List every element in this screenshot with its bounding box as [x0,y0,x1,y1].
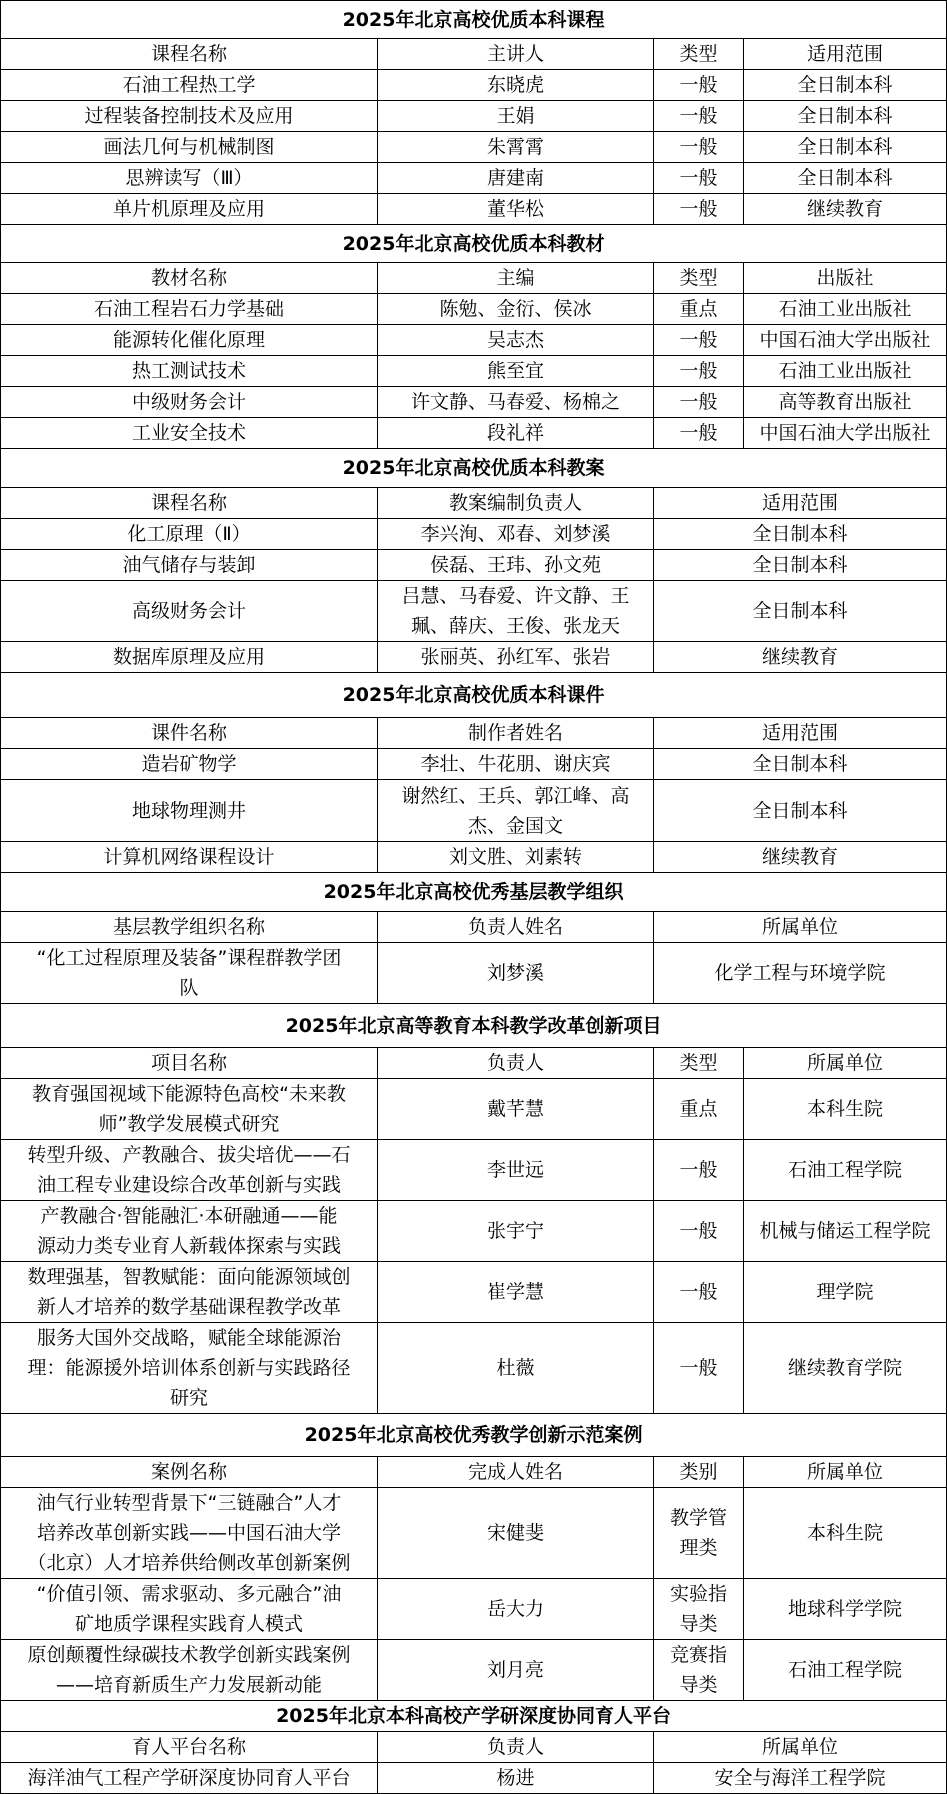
cell-text-line: 中国石油大学出版社 [746,418,944,448]
cell-text-line: 思辨读写（Ⅲ） [3,163,375,193]
table-cell: 实验指导类 [654,1579,744,1640]
table-row: 热工测试技术熊至宜一般石油工业出版社 [1,356,947,387]
table-row: 油气行业转型背景下“三链融合”人才培养改革创新实践——中国石油大学（北京）人才培… [1,1488,947,1579]
cell-text-line: 吴志杰 [380,325,651,355]
cell-text-line: 画法几何与机械制图 [3,132,375,162]
section-title-row: 2025年北京高校优质本科教案 [1,449,947,488]
table-row: 产教融合·智能融汇·本研融通——能源动力类专业育人新载体探索与实践张宇宁一般机械… [1,1201,947,1262]
table-cell: 画法几何与机械制图 [1,132,378,163]
column-header-row: 案例名称完成人姓名类别所属单位 [1,1457,947,1488]
section-title: 2025年北京本科高校产学研深度协同育人平台 [1,1701,947,1732]
table-cell: 一般 [654,194,744,225]
table-cell: 产教融合·智能融汇·本研融通——能源动力类专业育人新载体探索与实践 [1,1201,378,1262]
column-header-row: 课程名称教案编制负责人适用范围 [1,488,947,519]
table-cell: 石油工程岩石力学基础 [1,294,378,325]
cell-text-line: 刘月亮 [380,1655,651,1685]
table-cell: 张丽英、孙红军、张岩 [378,642,654,673]
table-cell: 原创颠覆性绿碳技术教学创新实践案例——培育新质生产力发展新动能 [1,1640,378,1701]
cell-text-line: 谢然红、王兵、郭江峰、高 [380,781,651,811]
column-header-row: 项目名称负责人类型所属单位 [1,1048,947,1079]
table-row: 教育强国视域下能源特色高校“未来教师”教学发展模式研究戴芊慧重点本科生院 [1,1079,947,1140]
cell-text-line: 导类 [656,1670,741,1700]
cell-text-line: 熊至宜 [380,356,651,386]
column-header: 负责人姓名 [378,912,654,943]
cell-text-line: 地球科学学院 [746,1594,944,1624]
cell-text-line: 理：能源援外培训体系创新与实践路径 [3,1353,375,1383]
cell-text-line: 全日制本科 [746,163,944,193]
cell-text-line: 李壮、牛花朋、谢庆宾 [380,749,651,779]
table-cell: 教学管理类 [654,1488,744,1579]
cell-text-line: 新人才培养的数学基础课程教学改革 [3,1292,375,1322]
table-cell: 全日制本科 [744,132,947,163]
cell-text-line: 朱霄霄 [380,132,651,162]
table-row: 油气储存与装卸侯磊、王玮、孙文苑全日制本科 [1,550,947,581]
table-cell: 李壮、牛花朋、谢庆宾 [378,749,654,780]
section-title-row: 2025年北京高校优秀基层教学组织 [1,873,947,912]
cell-text-line: 全日制本科 [746,101,944,131]
cell-text-line: “化工过程原理及装备”课程群教学团 [3,943,375,973]
table-cell: 刘月亮 [378,1640,654,1701]
column-header: 课程名称 [1,488,378,519]
section-title: 2025年北京高等教育本科教学改革创新项目 [1,1004,947,1048]
table-cell: 石油工业出版社 [744,356,947,387]
table-cell: 一般 [654,356,744,387]
cell-text-line: 石油工程岩石力学基础 [3,294,375,324]
table-cell: 本科生院 [744,1488,947,1579]
column-header-row: 基层教学组织名称负责人姓名所属单位 [1,912,947,943]
table-row: 思辨读写（Ⅲ）唐建南一般全日制本科 [1,163,947,194]
table-row: “价值引领、需求驱动、多元融合”油矿地质学课程实践育人模式岳大力实验指导类地球科… [1,1579,947,1640]
section-title: 2025年北京高校优质本科课件 [1,673,947,718]
cell-text-line: 一般 [656,163,741,193]
cell-text-line: 全日制本科 [656,519,944,549]
column-header-row: 教材名称主编类型出版社 [1,263,947,294]
cell-text-line: 一般 [656,1353,741,1383]
section-title-row: 2025年北京高校优秀教学创新示范案例 [1,1414,947,1457]
table-cell: 中国石油大学出版社 [744,325,947,356]
cell-text-line: 继续教育 [746,194,944,224]
table-cell: 服务大国外交战略，赋能全球能源治理：能源援外培训体系创新与实践路径研究 [1,1323,378,1414]
table-cell: 高等教育出版社 [744,387,947,418]
table-cell: 能源转化催化原理 [1,325,378,356]
table-cell: 王娟 [378,101,654,132]
column-header: 项目名称 [1,1048,378,1079]
table-cell: 董华松 [378,194,654,225]
table-cell: 理学院 [744,1262,947,1323]
table-cell: 朱霄霄 [378,132,654,163]
table-cell: 教育强国视域下能源特色高校“未来教师”教学发展模式研究 [1,1079,378,1140]
column-header: 适用范围 [744,39,947,70]
table-cell: 一般 [654,387,744,418]
table-cell: 全日制本科 [654,519,947,550]
table-cell: 谢然红、王兵、郭江峰、高杰、金国文 [378,780,654,842]
cell-text-line: 全日制本科 [656,550,944,580]
cell-text-line: 教育强国视域下能源特色高校“未来教 [3,1079,375,1109]
column-header: 育人平台名称 [1,1732,378,1763]
cell-text-line: 刘文胜、刘素转 [380,842,651,872]
table-cell: 东晓虎 [378,70,654,101]
table-cell: 继续教育 [654,842,947,873]
cell-text-line: 师”教学发展模式研究 [3,1109,375,1139]
cell-text-line: 东晓虎 [380,70,651,100]
cell-text-line: 重点 [656,294,741,324]
table-cell: 思辨读写（Ⅲ） [1,163,378,194]
column-header: 教材名称 [1,263,378,294]
table-cell: 唐建南 [378,163,654,194]
cell-text-line: 王娟 [380,101,651,131]
cell-text-line: 张宇宁 [380,1216,651,1246]
column-header: 课程名称 [1,39,378,70]
table-row: 石油工程热工学东晓虎一般全日制本科 [1,70,947,101]
cell-text-line: （北京）人才培养供给侧改革创新案例 [3,1548,375,1578]
cell-text-line: 杰、金国文 [380,811,651,841]
table-cell: 石油工程学院 [744,1640,947,1701]
cell-text-line: 教学管 [656,1503,741,1533]
cell-text-line: 一般 [656,1216,741,1246]
column-header: 适用范围 [654,488,947,519]
cell-text-line: 张丽英、孙红军、张岩 [380,642,651,672]
table-cell: 全日制本科 [654,581,947,642]
column-header: 类型 [654,263,744,294]
table-cell: 机械与储运工程学院 [744,1201,947,1262]
table-cell: 热工测试技术 [1,356,378,387]
table-cell: 重点 [654,1079,744,1140]
table-cell: 吕慧、马春爱、许文静、王珮、薛庆、王俊、张龙天 [378,581,654,642]
column-header-row: 课件名称制作者姓名适用范围 [1,718,947,749]
column-header: 负责人 [378,1048,654,1079]
table-row: 数据库原理及应用张丽英、孙红军、张岩继续教育 [1,642,947,673]
cell-text-line: 一般 [656,194,741,224]
cell-text-line: 油工程专业建设综合改革创新与实践 [3,1170,375,1200]
table-cell: 油气行业转型背景下“三链融合”人才培养改革创新实践——中国石油大学（北京）人才培… [1,1488,378,1579]
table-cell: 陈勉、金衍、侯冰 [378,294,654,325]
table-row: 石油工程岩石力学基础陈勉、金衍、侯冰重点石油工业出版社 [1,294,947,325]
table-cell: 数理强基，智教赋能：面向能源领域创新人才培养的数学基础课程教学改革 [1,1262,378,1323]
table-cell: 工业安全技术 [1,418,378,449]
cell-text-line: 造岩矿物学 [3,749,375,779]
cell-text-line: 崔学慧 [380,1277,651,1307]
table-cell: 地球物理测井 [1,780,378,842]
table-cell: 全日制本科 [744,70,947,101]
cell-text-line: 理类 [656,1533,741,1563]
cell-text-line: 一般 [656,1277,741,1307]
cell-text-line: 源动力类专业育人新载体探索与实践 [3,1231,375,1261]
table-cell: 李世远 [378,1140,654,1201]
cell-text-line: 陈勉、金衍、侯冰 [380,294,651,324]
cell-text-line: 矿地质学课程实践育人模式 [3,1609,375,1639]
column-header-row: 课程名称主讲人类型适用范围 [1,39,947,70]
table-cell: 一般 [654,1140,744,1201]
table-cell: 李兴洵、邓春、刘梦溪 [378,519,654,550]
table-cell: 石油工程学院 [744,1140,947,1201]
column-header: 所属单位 [654,912,947,943]
table-cell: 崔学慧 [378,1262,654,1323]
cell-text-line: 一般 [656,356,741,386]
section-title: 2025年北京高校优秀基层教学组织 [1,873,947,912]
column-header: 所属单位 [744,1457,947,1488]
table-cell: 宋健斐 [378,1488,654,1579]
cell-text-line: 化工原理（Ⅱ） [3,519,375,549]
cell-text-line: 全日制本科 [656,596,944,626]
column-header: 课件名称 [1,718,378,749]
table-row: 能源转化催化原理吴志杰一般中国石油大学出版社 [1,325,947,356]
table-cell: 继续教育学院 [744,1323,947,1414]
cell-text-line: 转型升级、产教融合、拔尖培优——石 [3,1140,375,1170]
table-cell: 化工原理（Ⅱ） [1,519,378,550]
cell-text-line: 数据库原理及应用 [3,642,375,672]
cell-text-line: 全日制本科 [746,70,944,100]
column-header: 类型 [654,39,744,70]
section-title-row: 2025年北京高校优质本科教材 [1,225,947,263]
table-cell: 石油工程热工学 [1,70,378,101]
table-row: 过程装备控制技术及应用王娟一般全日制本科 [1,101,947,132]
column-header: 所属单位 [654,1732,947,1763]
table-row: 工业安全技术段礼祥一般中国石油大学出版社 [1,418,947,449]
cell-text-line: 吕慧、马春爱、许文静、王 [380,581,651,611]
column-header: 适用范围 [654,718,947,749]
cell-text-line: ——培育新质生产力发展新动能 [3,1670,375,1700]
cell-text-line: 刘梦溪 [380,958,651,988]
table-cell: 一般 [654,70,744,101]
cell-text-line: 地球物理测井 [3,796,375,826]
section-title: 2025年北京高校优质本科教案 [1,449,947,488]
table-cell: 石油工业出版社 [744,294,947,325]
cell-text-line: 石油工程热工学 [3,70,375,100]
section-title-row: 2025年北京高校优质本科课件 [1,673,947,718]
cell-text-line: 继续教育学院 [746,1353,944,1383]
table-cell: 继续教育 [744,194,947,225]
cell-text-line: 李兴洵、邓春、刘梦溪 [380,519,651,549]
cell-text-line: 工业安全技术 [3,418,375,448]
cell-text-line: 中国石油大学出版社 [746,325,944,355]
table-cell: 一般 [654,101,744,132]
table-cell: 一般 [654,325,744,356]
cell-text-line: 中级财务会计 [3,387,375,417]
column-header-row: 育人平台名称负责人所属单位 [1,1732,947,1763]
cell-text-line: 石油工业出版社 [746,294,944,324]
column-header: 完成人姓名 [378,1457,654,1488]
column-header: 类别 [654,1457,744,1488]
cell-text-line: 本科生院 [746,1518,944,1548]
table-cell: 吴志杰 [378,325,654,356]
table-cell: 过程装备控制技术及应用 [1,101,378,132]
cell-text-line: 研究 [3,1383,375,1413]
cell-text-line: 重点 [656,1094,741,1124]
table-cell: 段礼祥 [378,418,654,449]
column-header: 基层教学组织名称 [1,912,378,943]
table-cell: 一般 [654,1323,744,1414]
table-cell: 一般 [654,163,744,194]
table-cell: 全日制本科 [654,749,947,780]
table-cell: 中国石油大学出版社 [744,418,947,449]
column-header: 案例名称 [1,1457,378,1488]
section-title: 2025年北京高校优质本科教材 [1,225,947,263]
cell-text-line: 宋健斐 [380,1518,651,1548]
cell-text-line: 珮、薛庆、王俊、张龙天 [380,611,651,641]
cell-text-line: 石油工业出版社 [746,356,944,386]
cell-text-line: 一般 [656,70,741,100]
table-row: 画法几何与机械制图朱霄霄一般全日制本科 [1,132,947,163]
section-title-row: 2025年北京高校优质本科课程 [1,1,947,39]
table-row: 数理强基，智教赋能：面向能源领域创新人才培养的数学基础课程教学改革崔学慧一般理学… [1,1262,947,1323]
table-cell: 造岩矿物学 [1,749,378,780]
table-cell: 岳大力 [378,1579,654,1640]
cell-text-line: 计算机网络课程设计 [3,842,375,872]
table-cell: 张宇宁 [378,1201,654,1262]
table-cell: 计算机网络课程设计 [1,842,378,873]
cell-text-line: 原创颠覆性绿碳技术教学创新实践案例 [3,1640,375,1670]
table-row: 中级财务会计许文静、马春爱、杨棉之一般高等教育出版社 [1,387,947,418]
table-cell: 全日制本科 [654,550,947,581]
table-cell: 化学工程与环境学院 [654,943,947,1004]
cell-text-line: 一般 [656,132,741,162]
table-row: 地球物理测井谢然红、王兵、郭江峰、高杰、金国文全日制本科 [1,780,947,842]
column-header: 制作者姓名 [378,718,654,749]
table-row: 转型升级、产教融合、拔尖培优——石油工程专业建设综合改革创新与实践李世远一般石油… [1,1140,947,1201]
cell-text-line: 化学工程与环境学院 [656,958,944,988]
cell-text-line: 一般 [656,325,741,355]
table-cell: 许文静、马春爱、杨棉之 [378,387,654,418]
cell-text-line: 戴芊慧 [380,1094,651,1124]
cell-text-line: 一般 [656,101,741,131]
cell-text-line: 服务大国外交战略，赋能全球能源治 [3,1323,375,1353]
cell-text-line: 竞赛指 [656,1640,741,1670]
cell-text-line: 侯磊、王玮、孙文苑 [380,550,651,580]
column-header: 出版社 [744,263,947,294]
table-row: 造岩矿物学李壮、牛花朋、谢庆宾全日制本科 [1,749,947,780]
cell-text-line: 产教融合·智能融汇·本研融通——能 [3,1201,375,1231]
awards-table: 2025年北京高校优质本科课程课程名称主讲人类型适用范围石油工程热工学东晓虎一般… [0,0,947,1762]
table-cell: 全日制本科 [744,101,947,132]
cell-text-line: 一般 [656,387,741,417]
cell-text-line: 单片机原理及应用 [3,194,375,224]
cell-text-line: 机械与储运工程学院 [746,1216,944,1246]
table-row: 化工原理（Ⅱ）李兴洵、邓春、刘梦溪全日制本科 [1,519,947,550]
table-cell: 侯磊、王玮、孙文苑 [378,550,654,581]
cell-text-line: 岳大力 [380,1594,651,1624]
table-cell: 熊至宜 [378,356,654,387]
cell-text-line: 许文静、马春爱、杨棉之 [380,387,651,417]
cell-text-line: 数理强基，智教赋能：面向能源领域创 [3,1262,375,1292]
table-cell: 竞赛指导类 [654,1640,744,1701]
column-header: 负责人 [378,1732,654,1763]
table-row: 单片机原理及应用董华松一般继续教育 [1,194,947,225]
cell-text-line: 继续教育 [656,842,944,872]
column-header: 教案编制负责人 [378,488,654,519]
cell-text-line: 本科生院 [746,1094,944,1124]
cell-text-line: 石油工程学院 [746,1655,944,1685]
table-row: 原创颠覆性绿碳技术教学创新实践案例——培育新质生产力发展新动能刘月亮竞赛指导类石… [1,1640,947,1701]
cell-text-line: 培养改革创新实践——中国石油大学 [3,1518,375,1548]
table-cell: 数据库原理及应用 [1,642,378,673]
table-cell: 刘文胜、刘素转 [378,842,654,873]
table-cell: “价值引领、需求驱动、多元融合”油矿地质学课程实践育人模式 [1,1579,378,1640]
cell-text-line: 一般 [656,1155,741,1185]
table-cell: 本科生院 [744,1079,947,1140]
cell-text-line: 过程装备控制技术及应用 [3,101,375,131]
table-cell: 一般 [654,1201,744,1262]
column-header: 类型 [654,1048,744,1079]
section-title: 2025年北京高校优质本科课程 [1,1,947,39]
table-cell: 一般 [654,132,744,163]
cell-text-line: 能源转化催化原理 [3,325,375,355]
section-title-row: 2025年北京本科高校产学研深度协同育人平台 [1,1701,947,1732]
table-row: “化工过程原理及装备”课程群教学团队刘梦溪化学工程与环境学院 [1,943,947,1004]
table-cell: 全日制本科 [654,780,947,842]
table-cell: 全日制本科 [744,163,947,194]
cell-text-line: 董华松 [380,194,651,224]
cell-text-line: 实验指 [656,1579,741,1609]
column-header: 主讲人 [378,39,654,70]
cell-text-line: 段礼祥 [380,418,651,448]
awards-table-body: 2025年北京高校优质本科课程课程名称主讲人类型适用范围石油工程热工学东晓虎一般… [1,1,947,1763]
table-cell: 中级财务会计 [1,387,378,418]
cell-text-line: 理学院 [746,1277,944,1307]
table-cell: 杜薇 [378,1323,654,1414]
table-cell: 油气储存与装卸 [1,550,378,581]
table-cell: “化工过程原理及装备”课程群教学团队 [1,943,378,1004]
table-cell: 刘梦溪 [378,943,654,1004]
column-header: 所属单位 [744,1048,947,1079]
table-row: 服务大国外交战略，赋能全球能源治理：能源援外培训体系创新与实践路径研究杜薇一般继… [1,1323,947,1414]
table-cell: 单片机原理及应用 [1,194,378,225]
cell-text-line: 导类 [656,1609,741,1639]
table-cell: 高级财务会计 [1,581,378,642]
table-cell: 一般 [654,1262,744,1323]
table-cell: 戴芊慧 [378,1079,654,1140]
table-cell: 转型升级、产教融合、拔尖培优——石油工程专业建设综合改革创新与实践 [1,1140,378,1201]
table-cell: 一般 [654,418,744,449]
cell-text-line: 队 [3,973,375,1003]
cell-text-line: 唐建南 [380,163,651,193]
table-row: 高级财务会计吕慧、马春爱、许文静、王珮、薛庆、王俊、张龙天全日制本科 [1,581,947,642]
cell-text-line: 一般 [656,418,741,448]
cell-text-line: 李世远 [380,1155,651,1185]
cell-text-line: 高级财务会计 [3,596,375,626]
cell-text-line: 石油工程学院 [746,1155,944,1185]
cell-text-line: 全日制本科 [746,132,944,162]
cell-text-line: 油气储存与装卸 [3,550,375,580]
cell-text-line: “价值引领、需求驱动、多元融合”油 [3,1579,375,1609]
cell-text-line: 继续教育 [656,642,944,672]
column-header: 主编 [378,263,654,294]
table-row: 计算机网络课程设计刘文胜、刘素转继续教育 [1,842,947,873]
table-cell: 重点 [654,294,744,325]
cell-text-line: 全日制本科 [656,796,944,826]
section-title-row: 2025年北京高等教育本科教学改革创新项目 [1,1004,947,1048]
cell-text-line: 杜薇 [380,1353,651,1383]
table-cell: 地球科学学院 [744,1579,947,1640]
cell-text-line: 高等教育出版社 [746,387,944,417]
cell-text-line: 全日制本科 [656,749,944,779]
cell-text-line: 热工测试技术 [3,356,375,386]
table-cell: 继续教育 [654,642,947,673]
section-title: 2025年北京高校优秀教学创新示范案例 [1,1414,947,1457]
cell-text-line: 油气行业转型背景下“三链融合”人才 [3,1488,375,1518]
